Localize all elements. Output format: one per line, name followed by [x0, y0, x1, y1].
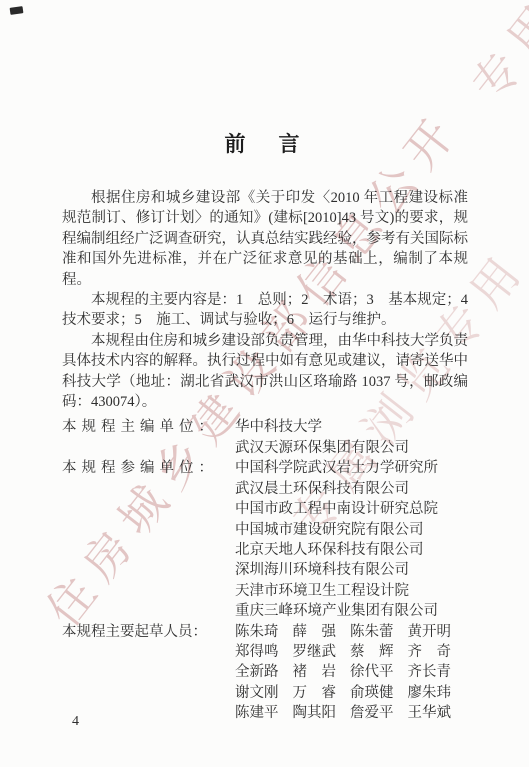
participant-unit: 北京天地人环保科技有限公司: [235, 540, 468, 560]
drafter-name: 俞瑛健: [350, 683, 408, 703]
drafters-row: 全新路 褚 岩 徐代平 齐长青: [62, 662, 468, 682]
paragraph-management: 本规程由住房和城乡建设部负责管理，由华中科技大学负责具体技术内容的解释。执行过程…: [62, 331, 468, 413]
participant-units-row: 本规程参编单位： 中国科学院武汉岩土力学研究所: [62, 458, 468, 478]
drafter-name: 黄开明: [408, 622, 466, 642]
paragraph-basis: 根据住房和城乡建设部《关于印发〈2010 年工程建设标准规范制订、修订计划〉的通…: [62, 188, 468, 290]
drafter-name: 陈建平: [235, 703, 293, 723]
drafter-name: 万 睿: [293, 683, 351, 703]
drafter-name: 齐长青: [408, 662, 466, 682]
chief-units-row: 武汉天源环保集团有限公司: [62, 438, 468, 458]
paragraph-contents: 本规程的主要内容是：1 总则；2 术语；3 基本规定；4 技术要求；5 施工、调…: [62, 290, 468, 331]
participant-unit: 武汉晨土环保科技有限公司: [235, 479, 468, 499]
chief-units-row: 本规程主编单位： 华中科技大学: [62, 417, 468, 437]
participant-units-row: 重庆三峰环境产业集团有限公司: [62, 601, 468, 621]
drafter-name: 廖朱玮: [408, 683, 466, 703]
participant-units-row: 深圳海川环境科技有限公司: [62, 560, 468, 580]
drafter-name: 全新路: [235, 662, 293, 682]
drafter-name: 詹爱平: [350, 703, 408, 723]
drafters-row: 谢文刚 万 睿 俞瑛健 廖朱玮: [62, 683, 468, 703]
drafters-row: 郑得鸣 罗继武 蔡 辉 齐 奇: [62, 642, 468, 662]
drafters-label: 本规程主要起草人员：: [62, 622, 235, 642]
participant-units-row: 中国市政工程中南设计研究总院: [62, 499, 468, 519]
drafter-name: 王华斌: [408, 703, 466, 723]
chief-unit: 武汉天源环保集团有限公司: [235, 438, 468, 458]
drafters-row: 陈建平 陶其阳 詹爱平 王华斌: [62, 703, 468, 723]
credits-section: 本规程主编单位： 华中科技大学 武汉天源环保集团有限公司 本规程参编单位： 中国…: [62, 417, 468, 723]
chief-unit: 华中科技大学: [235, 417, 468, 437]
drafter-name: 薛 强: [293, 622, 351, 642]
page-title: 前 言: [62, 128, 468, 158]
drafter-name: 蔡 辉: [350, 642, 408, 662]
participant-units-row: 中国城市建设研究院有限公司: [62, 520, 468, 540]
participant-units-row: 天津市环境卫生工程设计院: [62, 581, 468, 601]
participant-units-label: 本规程参编单位：: [62, 458, 235, 478]
drafter-name: 郑得鸣: [235, 642, 293, 662]
participant-units-row: 武汉晨土环保科技有限公司: [62, 479, 468, 499]
participant-unit: 中国城市建设研究院有限公司: [235, 520, 468, 540]
watermark-corner-fragment: 专用: [454, 0, 529, 113]
participant-unit: 重庆三峰环境产业集团有限公司: [235, 601, 468, 621]
drafters-row: 本规程主要起草人员： 陈朱琦 薛 强 陈朱蕾 黄开明: [62, 622, 468, 642]
drafter-name: 褚 岩: [293, 662, 351, 682]
drafter-name: 陶其阳: [293, 703, 351, 723]
participant-unit: 中国市政工程中南设计研究总院: [235, 499, 468, 519]
drafter-name: 陈朱蕾: [350, 622, 408, 642]
participant-unit: 深圳海川环境科技有限公司: [235, 560, 468, 580]
scan-artifact-speck: [10, 6, 24, 15]
page-number: 4: [72, 714, 79, 730]
drafter-name: 罗继武: [293, 642, 351, 662]
chief-units-label: 本规程主编单位：: [62, 417, 235, 437]
drafter-name: 谢文刚: [235, 683, 293, 703]
drafter-name: 陈朱琦: [235, 622, 293, 642]
participant-units-row: 北京天地人环保科技有限公司: [62, 540, 468, 560]
participant-unit: 天津市环境卫生工程设计院: [235, 581, 468, 601]
drafter-name: 徐代平: [350, 662, 408, 682]
participant-unit: 中国科学院武汉岩土力学研究所: [235, 458, 468, 478]
document-page: 前 言 根据住房和城乡建设部《关于印发〈2010 年工程建设标准规范制订、修订计…: [62, 128, 468, 724]
drafter-name: 齐 奇: [408, 642, 466, 662]
